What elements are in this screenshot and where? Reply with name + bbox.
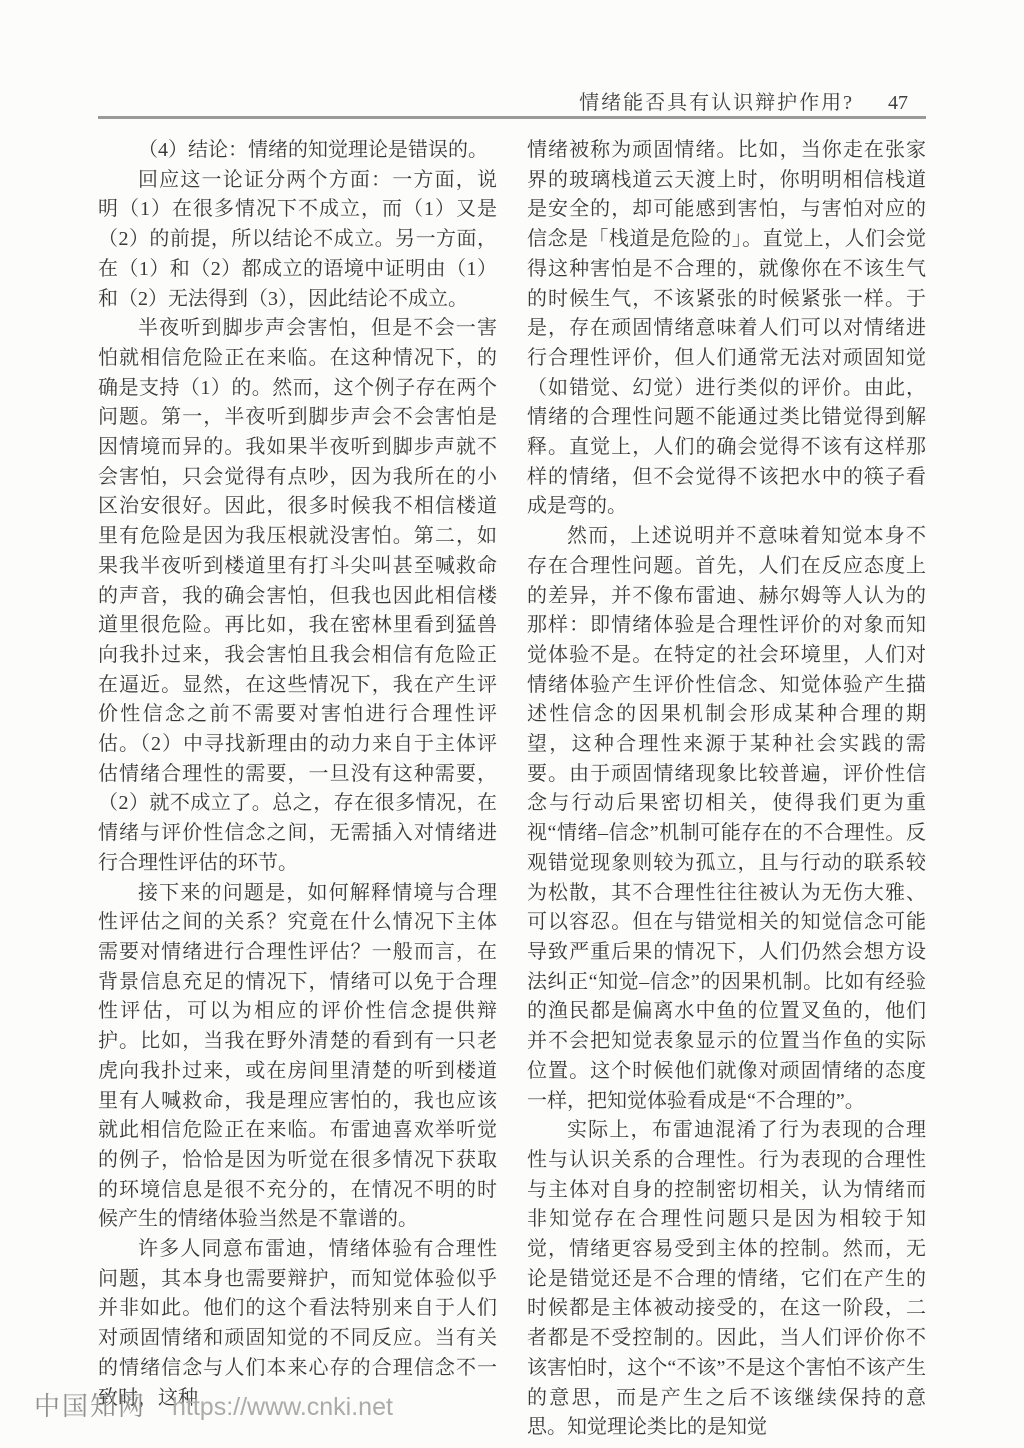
paragraph: 接下来的问题是，如何解释情境与合理性评估之间的关系？究竟在什么情况下主体需要对情… (98, 879, 497, 1235)
cnki-url-watermark: https://www.cnki.net (172, 1393, 393, 1422)
paragraph: 实际上，布雷迪混淆了行为表现的合理性与认识关系的合理性。行为表现的合理性与主体对… (527, 1116, 926, 1443)
paragraph: （4）结论：情绪的知觉理论是错误的。 (98, 136, 497, 166)
paragraph: 回应这一论证分两个方面：一方面，说明（1）在很多情况下不成立，而（1）又是（2）… (98, 166, 497, 315)
text-column-left: （4）结论：情绪的知觉理论是错误的。回应这一论证分两个方面：一方面，说明（1）在… (98, 136, 497, 1443)
running-header-title: 情绪能否具有认识辩护作用? (579, 86, 854, 115)
document-page: 情绪能否具有认识辩护作用? 47 （4）结论：情绪的知觉理论是错误的。回应这一论… (0, 0, 1024, 1448)
running-header: 情绪能否具有认识辩护作用? 47 (98, 86, 926, 115)
header-rule (98, 116, 926, 119)
paragraph: 半夜听到脚步声会害怕，但是不会一害怕就相信危险正在来临。在这种情况下，的确是支持… (98, 314, 497, 878)
paragraph: 情绪被称为顽固情绪。比如，当你走在张家界的玻璃栈道云天渡上时，你明明相信栈道是安… (527, 136, 926, 522)
watermark-footer: 中国知网 https://www.cnki.net (34, 1386, 393, 1423)
page-number: 47 (888, 92, 926, 115)
cnki-brand-watermark: 中国知网 (34, 1386, 146, 1423)
text-column-right: 情绪被称为顽固情绪。比如，当你走在张家界的玻璃栈道云天渡上时，你明明相信栈道是安… (527, 136, 926, 1443)
article-body: （4）结论：情绪的知觉理论是错误的。回应这一论证分两个方面：一方面，说明（1）在… (98, 136, 926, 1443)
paragraph: 然而，上述说明并不意味着知觉本身不存在合理性问题。首先，人们在反应态度上的差异，… (527, 522, 926, 1116)
